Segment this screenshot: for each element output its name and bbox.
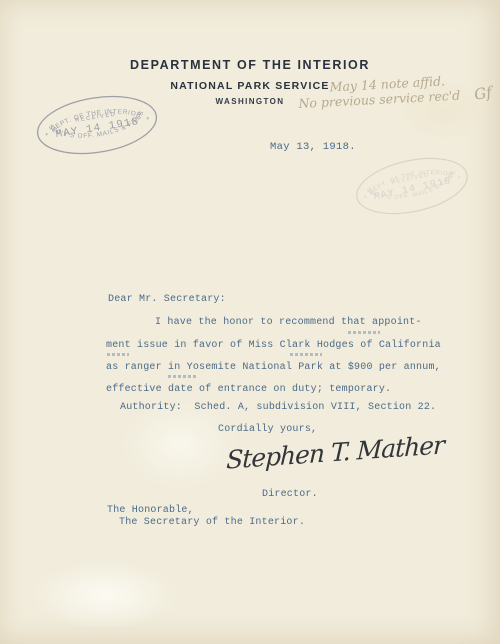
pencil-note-line2-text: No previous service rec'd (298, 88, 460, 111)
pencil-underline-yosemite (168, 375, 198, 378)
stamp-bottom-arc-label: SEC'Y'S OFF. MAILS & FILES (46, 109, 149, 147)
stamp-bottom-arc-text: SEC'Y'S OFF. MAILS & FILES (364, 169, 461, 209)
closing-line: Cordially yours, (218, 424, 317, 435)
stamp-star-right: * (458, 175, 462, 182)
stamp-bottom-arc-text: SEC'Y'S OFF. MAILS & FILES (46, 109, 149, 147)
stamp-star-left: * (45, 131, 49, 140)
stamp-received-label: RECEIVED (391, 172, 430, 186)
addressee-line2: The Secretary of the Interior. (119, 517, 305, 528)
stamp-top-arc-text: DEPT. OF THE INTERIOR (366, 164, 455, 197)
paper-blotch (120, 400, 240, 490)
pencil-underline-appoint (348, 331, 380, 334)
received-stamp-faint: DEPT. OF THE INTERIOR RECEIVED MAY 14 19… (347, 144, 477, 228)
stamp-bottom-arc-label: SEC'Y'S OFF. MAILS & FILES (364, 169, 461, 209)
stamp-date: MAY 14 1918 (373, 176, 453, 203)
paper-blotch (30, 560, 180, 630)
received-stamp: DEPT. OF THE INTERIOR RECEIVED MAY 14 19… (29, 83, 165, 166)
pencil-underline-hodges (290, 353, 322, 356)
stamp-top-arc-text: DEPT. OF THE INTERIOR (48, 103, 144, 134)
addressee-line1: The Honorable, (107, 505, 194, 516)
stamp-date: MAY 14 1918 (55, 116, 140, 141)
signature: Stephen T. Mather (226, 430, 445, 474)
stamp-star-right: * (146, 115, 150, 124)
salutation: Dear Mr. Secretary: (108, 294, 226, 305)
body-paragraph-line1: I have the honor to recommend that appoi… (155, 317, 422, 328)
stamp-top-arc-label: DEPT. OF THE INTERIOR (48, 103, 144, 134)
stamp-received-label: RECEIVED (75, 111, 117, 123)
received-stamp-graphic: DEPT. OF THE INTERIOR RECEIVED MAY 14 19… (29, 83, 165, 166)
received-stamp-faint-graphic: DEPT. OF THE INTERIOR RECEIVED MAY 14 19… (347, 144, 477, 228)
scanned-letter-page: DEPARTMENT OF THE INTERIOR NATIONAL PARK… (0, 0, 500, 644)
stamp-star-left: * (364, 195, 368, 202)
body-paragraph-line4: effective date of entrance on duty; temp… (106, 384, 391, 395)
body-paragraph-line3: as ranger in Yosemite National Park at $… (106, 362, 441, 373)
pencil-underline-ment (107, 353, 129, 356)
signature-title: Director. (262, 489, 318, 500)
authority-line: Authority: Sched. A, subdivision VIII, S… (120, 402, 436, 413)
date-line: May 13, 1918. (270, 141, 356, 153)
letterhead-department: DEPARTMENT OF THE INTERIOR (0, 58, 500, 72)
body-paragraph-line2: ment issue in favor of Miss Clark Hodges… (106, 340, 441, 351)
pencil-initials: Gf (473, 85, 493, 103)
stamp-top-arc-label: DEPT. OF THE INTERIOR (366, 164, 455, 197)
